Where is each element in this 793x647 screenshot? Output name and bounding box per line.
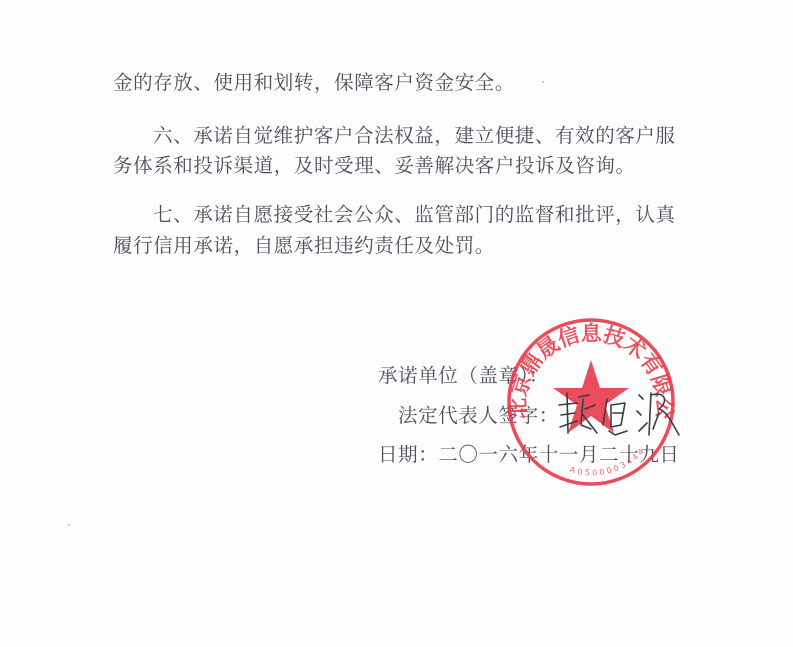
document-page: 金的存放、使用和划转，保障客户资金安全。 六、承诺自觉维护客户合法权益，建立便捷… [0, 0, 793, 647]
legal-representative-label: 法定代表人签字： [398, 404, 559, 428]
paragraph-7-line-1: 七、承诺自愿接受社会公众、监管部门的监督和批评，认真 [153, 203, 676, 227]
scan-speck [68, 524, 70, 526]
paragraph-6-line-1: 六、承诺自觉维护客户合法权益，建立便捷、有效的客户服 [153, 124, 676, 148]
scan-speck [542, 81, 544, 83]
commitment-unit-label: 承诺单位（盖章）： [378, 364, 549, 388]
paragraph-6-line-2: 务体系和投诉渠道，及时受理、妥善解决客户投诉及咨询。 [113, 154, 636, 178]
paragraph-7-line-2: 履行信用承诺，自愿承担违约责任及处罚。 [113, 234, 495, 258]
stamp-star-icon [553, 360, 629, 433]
paragraph-5-tail: 金的存放、使用和划转，保障客户资金安全。 [113, 71, 515, 95]
date-label: 日期：二〇一六年十一月二十九日 [378, 443, 680, 467]
handwritten-signature [555, 385, 685, 445]
